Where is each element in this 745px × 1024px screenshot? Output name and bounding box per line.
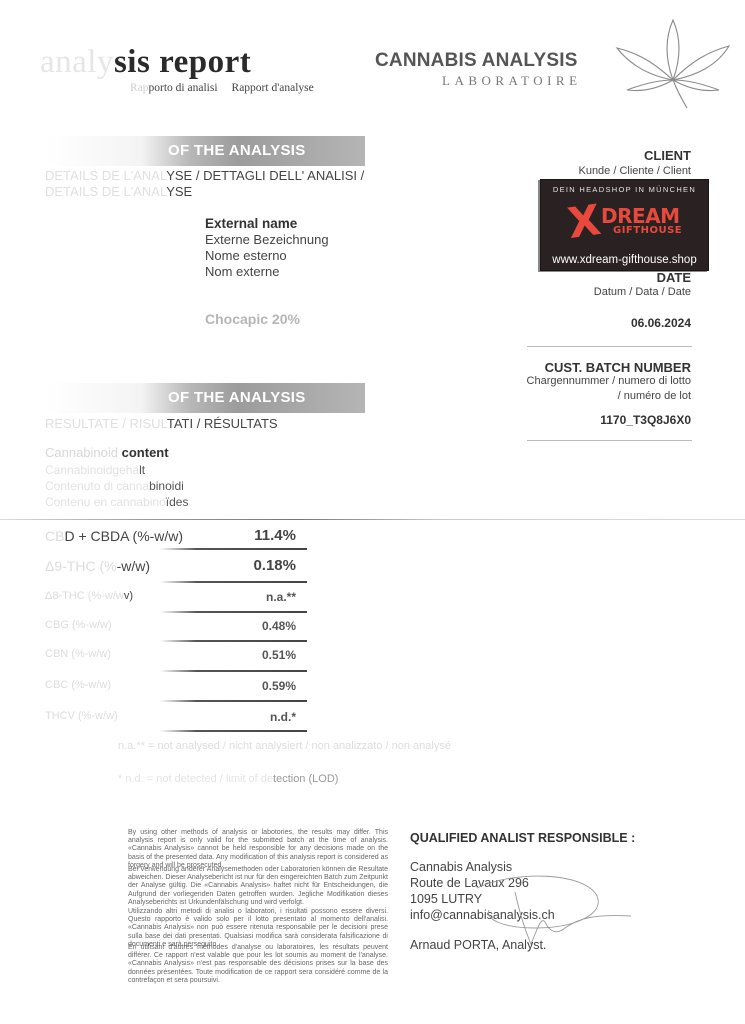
disclaimer-en: By using other methods of analysis or la… <box>128 829 388 870</box>
faded-text: CBN (%-w/w) <box>45 648 111 660</box>
table-divider <box>160 611 307 613</box>
result-value: 0.18% <box>253 557 296 574</box>
details-subtitle-1-text: YSE / DETTAGLI DELL' ANALISI / <box>166 168 364 183</box>
disclaimer-it: Utilizzando altri metodi di analisi o la… <box>128 908 388 949</box>
faded-text: Contenu en cannabino <box>45 495 166 509</box>
results-banner: OF THE ANALYSIS <box>45 383 365 413</box>
report-title: analysis report <box>40 44 251 81</box>
client-logo-brand-sub: GIFTHOUSE <box>613 225 682 236</box>
faded-text: * n.d. = not detected / limit of de <box>118 773 273 785</box>
divider <box>527 440 692 441</box>
result-label-text: D + CBDA (%-w/w) <box>64 528 183 544</box>
disclaimer-fr: En utilisant d'autres méthodes d'analyse… <box>128 944 388 985</box>
date-heading: DATE <box>657 270 691 285</box>
result-value: 0.48% <box>262 619 296 633</box>
client-heading: CLIENT <box>644 148 691 163</box>
result-label: CBD + CBDA (%-w/w) <box>45 528 183 544</box>
external-name-fr: Nom externe <box>205 264 329 280</box>
results-subtitle: RESULTATE / RISULTATI / RÉSULTATS <box>45 416 278 431</box>
batch-subtitle-2: / numéro de lot <box>618 390 691 402</box>
result-label: Δ9-THC (%-w/w) <box>45 558 150 574</box>
date-subtitle: Datum / Data / Date <box>594 286 691 298</box>
client-url: www.xdream-gifthouse.shop <box>541 254 708 266</box>
table-divider <box>160 581 307 583</box>
report-title-faded: analy <box>40 44 114 80</box>
details-subtitle-1: DETAILS DE L'ANALYSE / DETTAGLI DELL' AN… <box>45 168 364 183</box>
content-sub-it: Contenuto di cannabinoidi <box>45 479 184 493</box>
table-divider <box>0 519 745 520</box>
results-banner-text: OF THE ANALYSIS <box>168 389 306 406</box>
result-label: Δ8-THC (%-w/wv) <box>45 590 133 602</box>
table-divider <box>160 548 307 550</box>
result-value: n.a.** <box>266 590 296 604</box>
lod-footnote: * n.d. = not detected / limit of detecti… <box>118 773 338 785</box>
analyst-heading: QUALIFIED ANALIST RESPONSIBLE : <box>410 831 635 845</box>
result-label: CBN (%-w/w) <box>45 648 111 660</box>
subtitle-faded: Rap <box>130 82 149 94</box>
client-logo: DEIN HEADSHOP IN MÜNCHEN X DREAM GIFTHOU… <box>540 179 709 271</box>
external-name-it: Nome esterno <box>205 248 329 264</box>
result-label-text: v) <box>124 590 133 602</box>
table-divider <box>160 700 307 702</box>
content-sub-text: binoidi <box>149 479 184 493</box>
results-subtitle-text: TATI / RÉSULTATS <box>167 416 278 431</box>
result-label: THCV (%-w/w) <box>45 710 118 722</box>
client-subtitle: Kunde / Cliente / Client <box>578 165 691 177</box>
client-logo-x: X <box>565 195 604 248</box>
content-sub-de: Cannabinoidgehalt <box>45 463 145 477</box>
content-sub-fr: Contenu en cannabinoïdes <box>45 495 188 509</box>
faded-text: Δ8-THC (%-w/w <box>45 590 124 602</box>
date-value: 06.06.2024 <box>631 316 691 330</box>
batch-value: 1170_T3Q8J6X0 <box>600 413 691 427</box>
batch-heading: CUST. BATCH NUMBER <box>545 360 691 375</box>
result-label: CBC (%-w/w) <box>45 679 111 691</box>
content-sub-text: ïdes <box>166 495 189 509</box>
faded-text: Cannabinoidgeha <box>45 463 139 477</box>
footnote-faded: n.a.** = not analysed / nicht analysiert… <box>118 740 451 752</box>
analyst-name: Arnaud PORTA, Analyst. <box>410 938 546 952</box>
result-value: n.d.* <box>270 710 296 724</box>
faded-text: Cannabinoid <box>45 445 122 460</box>
result-value: 0.59% <box>262 679 296 693</box>
result-value: 0.51% <box>262 648 296 662</box>
faded-text: Contenuto di canna <box>45 479 149 493</box>
faded-text: RESULTATE / RISUL <box>45 416 167 431</box>
cannabis-leaf-icon <box>595 18 735 110</box>
lab-subtitle: LABORATOIRE <box>442 73 582 89</box>
faded-text: DETAILS DE L'ANAL <box>45 168 166 183</box>
external-name-en: External name <box>205 216 329 232</box>
table-divider <box>160 640 307 642</box>
report-subtitle: Rapporto di analisiRapport d'analyse <box>130 82 314 94</box>
faded-text: DETAILS DE L'ANAL <box>45 184 166 199</box>
divider <box>527 346 692 347</box>
subtitle-it: porto di analisi <box>149 82 218 94</box>
faded-text: THCV (%-w/w) <box>45 710 118 722</box>
result-value: 11.4% <box>254 527 296 544</box>
disclaimer-de: Bei Verwendung anderer Analysemethoden o… <box>128 866 388 907</box>
result-label: CBG (%-w/w) <box>45 619 112 631</box>
lab-name: CANNABIS ANALYSIS <box>375 50 578 72</box>
external-name-label: External name Externe Bezeichnung Nome e… <box>205 216 329 280</box>
subtitle-fr: Rapport d'analyse <box>232 82 314 94</box>
report-title-text: sis report <box>114 44 251 80</box>
content-heading-text: content <box>122 445 169 460</box>
content-sub-text: lt <box>139 463 145 477</box>
result-label-text: -w/w) <box>117 558 150 574</box>
external-name-de: Externe Bezeichnung <box>205 232 329 248</box>
faded-text: Δ9-THC (% <box>45 558 117 574</box>
cannabinoid-content-heading: Cannabinoid content <box>45 445 169 460</box>
client-tagline: DEIN HEADSHOP IN MÜNCHEN <box>541 185 708 194</box>
product-name: Chocapic 20% <box>205 311 300 327</box>
faded-text: CBG (%-w/w) <box>45 619 112 631</box>
table-divider <box>160 730 307 732</box>
details-banner-text: OF THE ANALYSIS <box>168 142 306 159</box>
details-subtitle-2-text: YSE <box>166 184 192 199</box>
lod-text: tection (LOD) <box>273 773 338 785</box>
batch-subtitle-1: Chargennummer / numero di lotto <box>527 375 691 387</box>
faded-text: CB <box>45 528 64 544</box>
table-divider <box>160 670 307 672</box>
details-subtitle-2: DETAILS DE L'ANALYSE <box>45 184 192 199</box>
faded-text: CBC (%-w/w) <box>45 679 111 691</box>
details-banner: OF THE ANALYSIS <box>45 136 365 166</box>
